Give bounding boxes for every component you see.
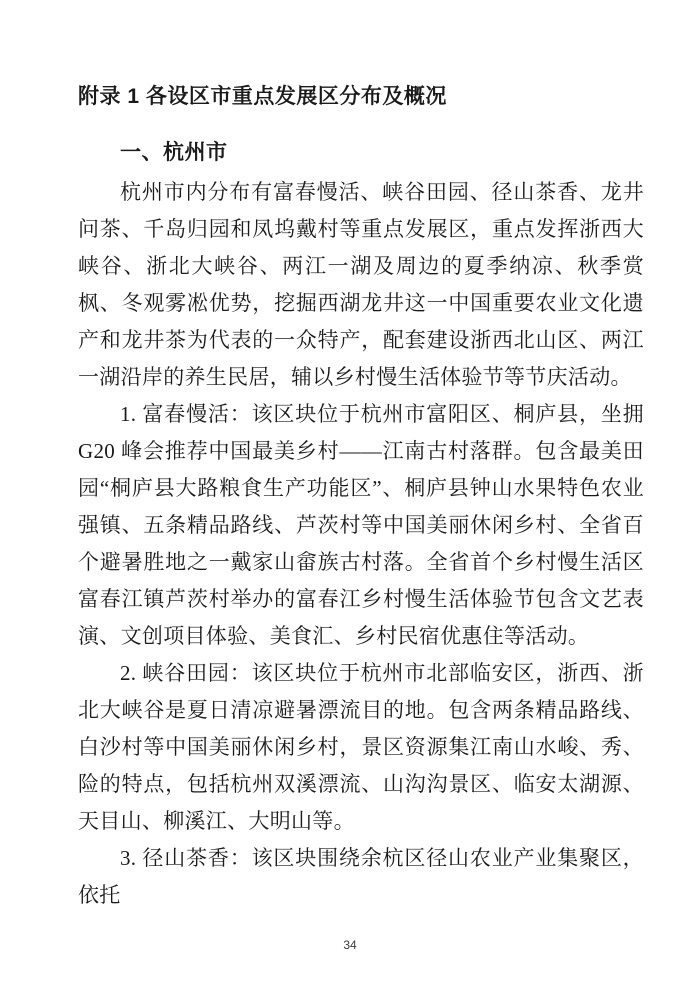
paragraph-hangzhou-overview: 杭州市内分布有富春慢活、峡谷田园、径山茶香、龙井问茶、千岛归园和凤坞戴村等重点发… [78, 174, 644, 396]
page-footer: 34 [0, 936, 700, 954]
paragraph-valley-countryside: 2. 峡谷田园：该区块位于杭州市北部临安区，浙西、浙北大峡谷是夏日清凉避暑漂流目… [78, 655, 644, 840]
paragraph-jingshan-tea: 3. 径山茶香：该区块围绕余杭区径山农业产业集聚区，依托 [78, 840, 644, 914]
document-page: 附录 1 各设区市重点发展区分布及概况 一、杭州市 杭州市内分布有富春慢活、峡谷… [0, 0, 700, 989]
paragraph-fuchun-slow-life: 1. 富春慢活：该区块位于杭州市富阳区、桐庐县，坐拥 G20 峰会推荐中国最美乡… [78, 396, 644, 655]
appendix-title: 附录 1 各设区市重点发展区分布及概况 [78, 84, 644, 110]
section-heading-hangzhou: 一、杭州市 [78, 138, 644, 168]
page-number: 34 [343, 938, 356, 952]
